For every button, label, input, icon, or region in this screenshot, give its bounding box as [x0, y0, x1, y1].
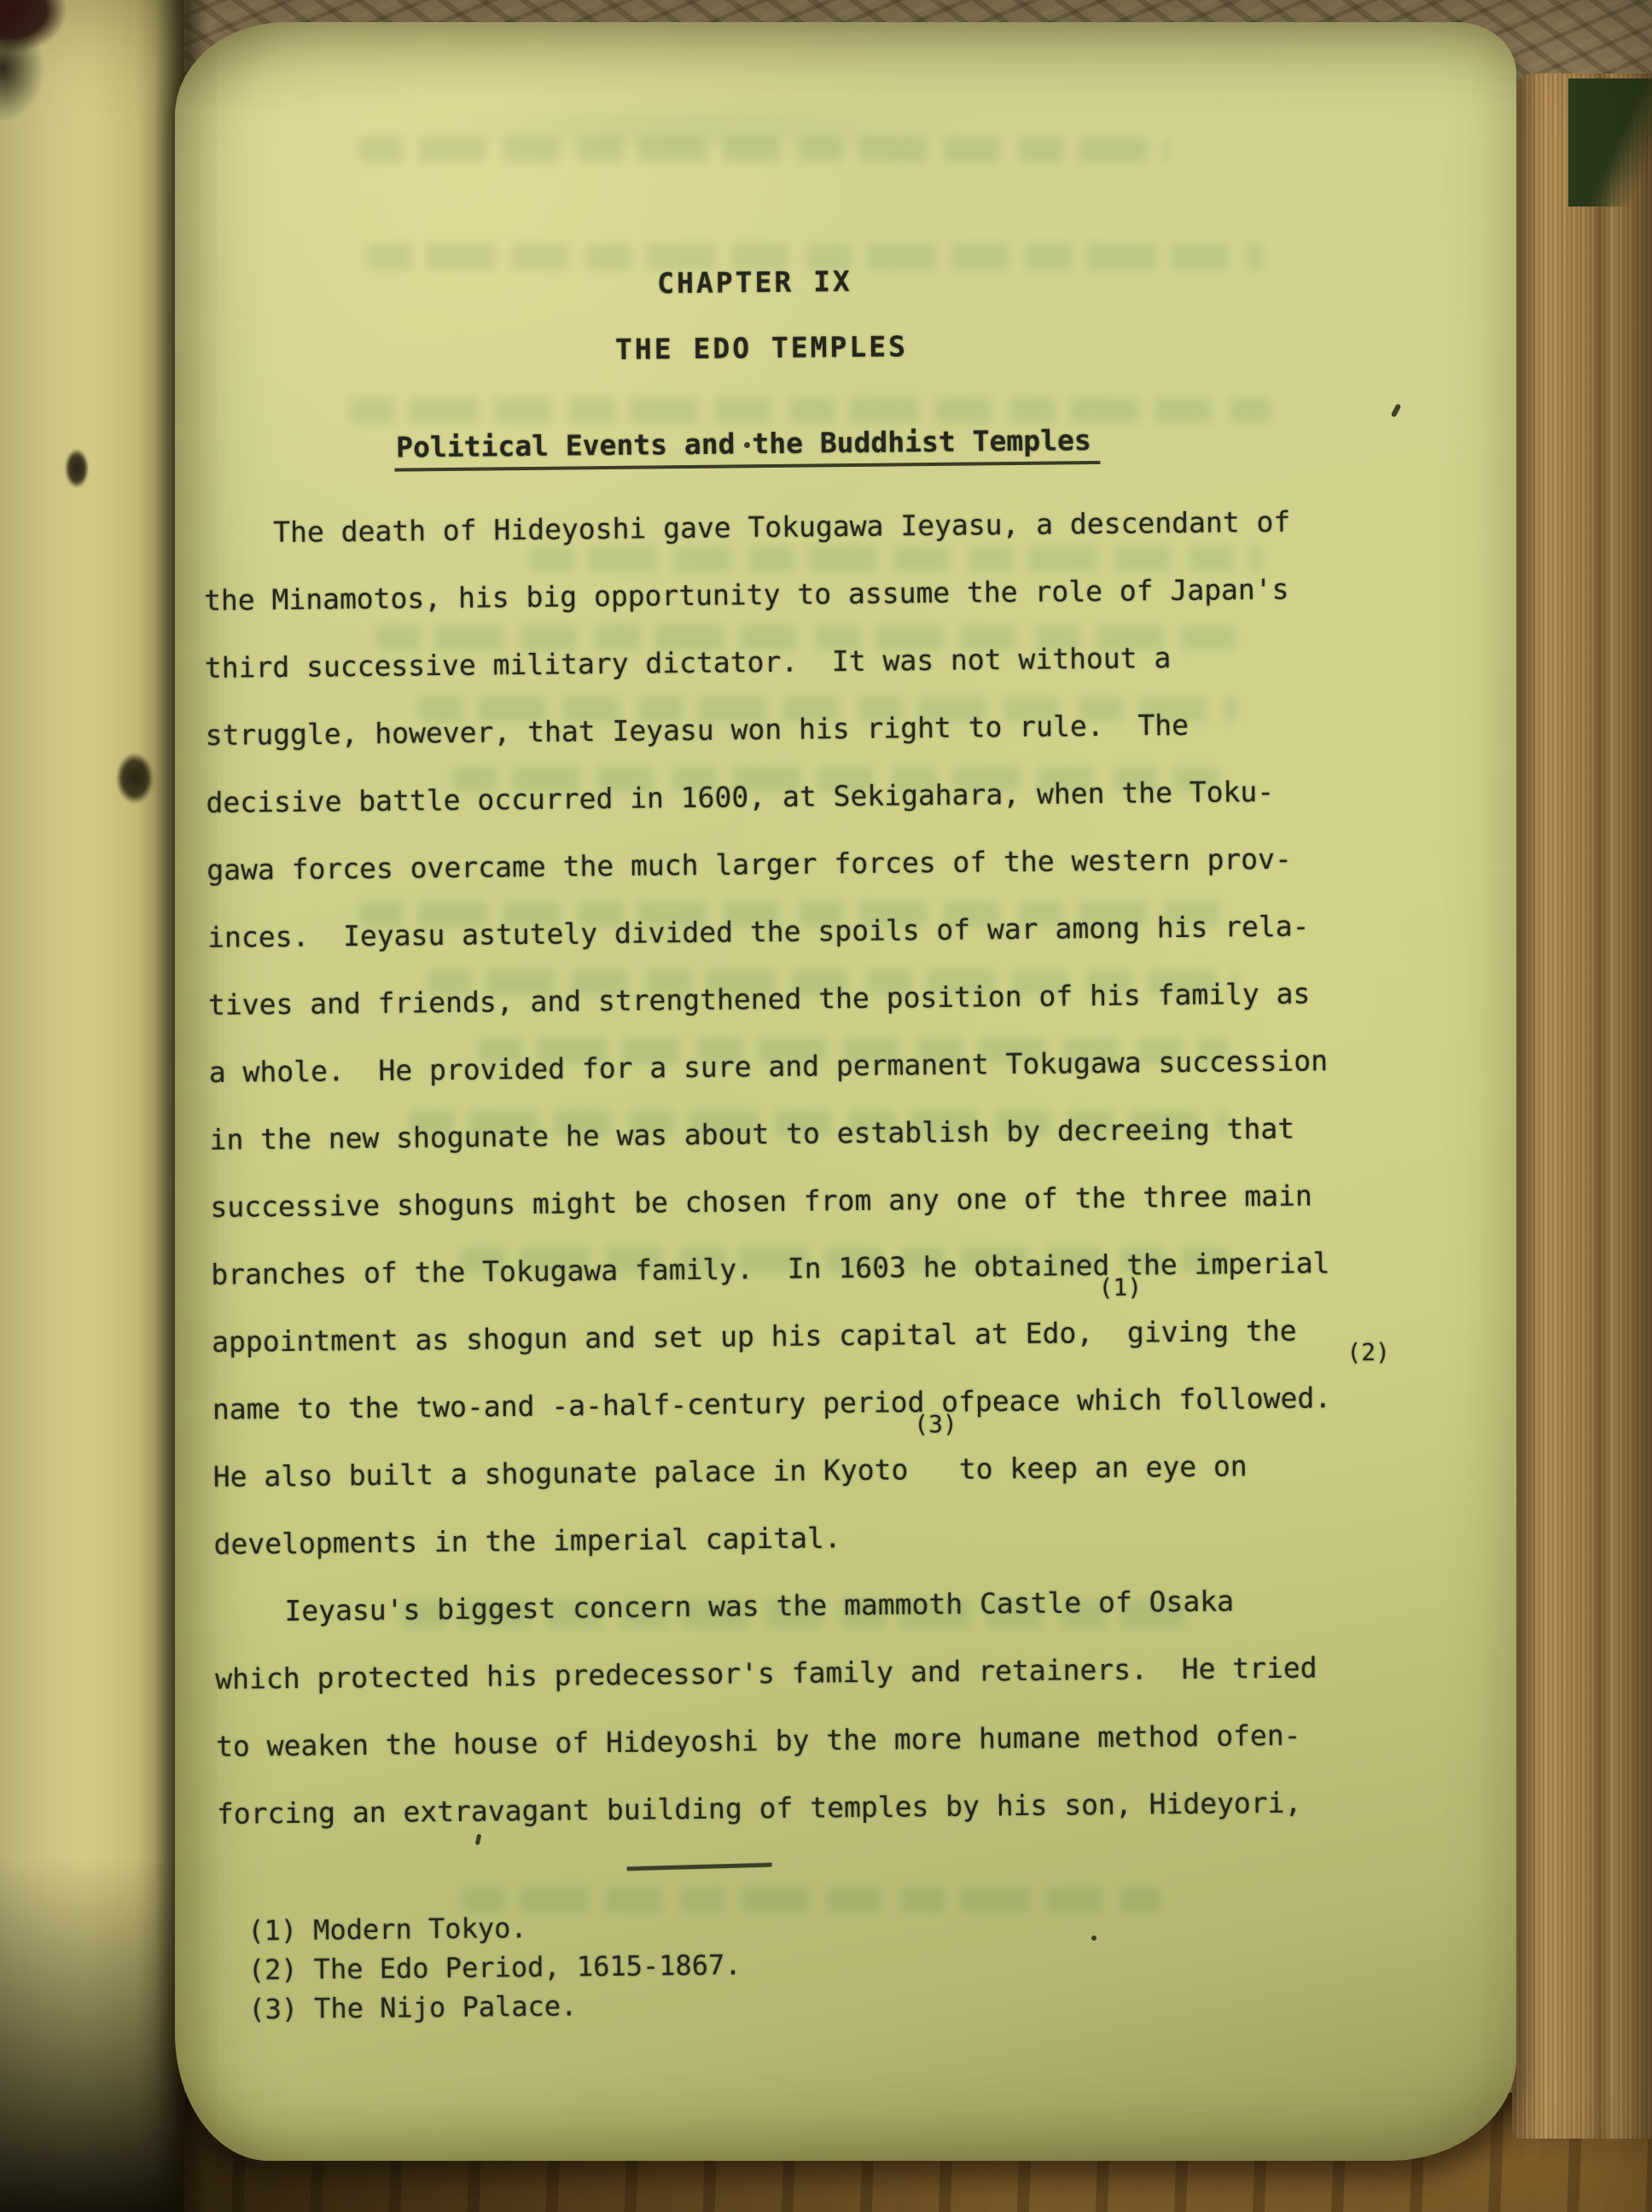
- typed-line: struggle, however, that Ieyasu won his r…: [205, 690, 1341, 769]
- footnote-reference-1: (1): [1098, 1276, 1142, 1301]
- typed-line-text: gawa forces overcame the much larger for…: [206, 842, 1292, 887]
- typed-line: The death of Hideyoshi gave Tokugawa Iey…: [203, 487, 1339, 567]
- book-cover-corner: [1568, 79, 1652, 207]
- binding-hole: [65, 449, 89, 488]
- top-left-dark-corner: [0, 0, 145, 171]
- typed-line-text: tives and friends, and strengthened the …: [208, 976, 1311, 1022]
- typed-line: tives and friends, and strengthened the …: [208, 959, 1344, 1039]
- footnote-text: The Nijo Palace.: [314, 1989, 578, 2024]
- footnotes: (1)Modern Tokyo. (2)The Edo Period, 1615…: [218, 1900, 1353, 2029]
- typed-line: appointment as shogun and set up his cap…: [212, 1296, 1347, 1376]
- typed-line-text: Ieyasu's biggest concern was the mammoth…: [284, 1584, 1234, 1627]
- typed-line-text: in the new shogunate he was about to est…: [209, 1112, 1294, 1156]
- typed-line-text: developments in the imperial capital.: [213, 1521, 841, 1561]
- typed-line-text: to weaken the house of Hideyoshi by the …: [216, 1719, 1301, 1763]
- typed-line-text: name to the two-and -a-half-century peri…: [212, 1381, 1332, 1426]
- footnote-text: Modern Tokyo.: [313, 1912, 527, 1947]
- typed-line-text: the Minamotos, his big opportunity to as…: [204, 573, 1289, 617]
- typed-line-text: appointment as shogun and set up his cap…: [212, 1314, 1297, 1359]
- typed-line: gawa forces overcame the much larger for…: [206, 824, 1342, 904]
- bleed-through-text: [358, 137, 1169, 162]
- typed-line-text: successive shoguns might be chosen from …: [210, 1179, 1312, 1224]
- typed-line: a whole. He provided for a sure and perm…: [208, 1027, 1344, 1106]
- typed-line: which protected his predecessor's family…: [215, 1633, 1351, 1713]
- right-page-edges: [1512, 73, 1652, 2139]
- typed-line: decisive battle occurred in 1600, at Sek…: [206, 757, 1341, 836]
- ink-speck: [1391, 404, 1402, 418]
- typed-line: forcing an extravagant building of templ…: [217, 1768, 1352, 1848]
- photo-scene: CHAPTER IX THE EDO TEMPLES Political Eve…: [0, 0, 1652, 2212]
- footnote-divider: [627, 1863, 772, 1871]
- typed-line-text: struggle, however, that Ieyasu won his r…: [205, 708, 1189, 752]
- footnote-reference-3: (3): [914, 1412, 957, 1437]
- section-heading-row: Political Events and the Buddhist Temple…: [394, 419, 1337, 474]
- typed-text-column: CHAPTER IX THE EDO TEMPLES Political Eve…: [201, 259, 1353, 2029]
- typed-line-text: He also built a shogunate palace in Kyot…: [213, 1449, 1248, 1493]
- typed-line: to weaken the house of Hideyoshi by the …: [216, 1701, 1352, 1780]
- chapter-title: THE EDO TEMPLES: [615, 325, 1336, 367]
- footnote-marker: (2): [248, 1953, 298, 1987]
- typed-line: branches of the Tokugawa family. In 1603…: [211, 1229, 1347, 1308]
- typed-line-text: The death of Hideyoshi gave Tokugawa Iey…: [273, 505, 1290, 549]
- section-heading: Political Events and the Buddhist Temple…: [394, 422, 1100, 472]
- typed-line: the Minamotos, his big opportunity to as…: [204, 555, 1340, 634]
- typed-line: Ieyasu's biggest concern was the mammoth…: [214, 1566, 1350, 1645]
- typed-line: successive shoguns might be chosen from …: [210, 1161, 1346, 1241]
- typed-line-text: inces. Ieyasu astutely divided the spoil…: [207, 909, 1310, 954]
- typed-line: third successive military dictator. It w…: [204, 622, 1340, 701]
- footnote-marker: (1): [247, 1914, 297, 1947]
- typed-line: in the new shogunate he was about to est…: [209, 1094, 1345, 1173]
- typed-line-text: third successive military dictator. It w…: [205, 641, 1172, 684]
- chapter-heading: CHAPTER IX: [657, 259, 1335, 300]
- typed-line: developments in the imperial capital.: [213, 1499, 1349, 1578]
- typed-line-text: decisive battle occurred in 1600, at Sek…: [206, 775, 1274, 819]
- typed-line-text: which protected his predecessor's family…: [215, 1650, 1318, 1696]
- typed-line-text: branches of the Tokugawa family. In 1603…: [211, 1246, 1330, 1291]
- typed-line: He also built a shogunate palace in Kyot…: [212, 1431, 1348, 1511]
- body-text: The death of Hideyoshi gave Tokugawa Iey…: [203, 487, 1352, 1848]
- document-page: CHAPTER IX THE EDO TEMPLES Political Eve…: [175, 22, 1516, 2161]
- typed-line-text: a whole. He provided for a sure and perm…: [209, 1044, 1329, 1089]
- typed-line: inces. Ieyasu astutely divided the spoil…: [207, 892, 1343, 971]
- footnote-text: The Edo Period, 1615-1867.: [313, 1948, 741, 1985]
- footnote-marker: (3): [248, 1993, 298, 2026]
- binding-hole: [116, 753, 154, 804]
- typed-line: name to the two-and -a-half-century peri…: [212, 1364, 1348, 1443]
- footnote-reference-2: (2): [1347, 1340, 1390, 1365]
- typed-line-text: forcing an extravagant building of templ…: [217, 1786, 1302, 1831]
